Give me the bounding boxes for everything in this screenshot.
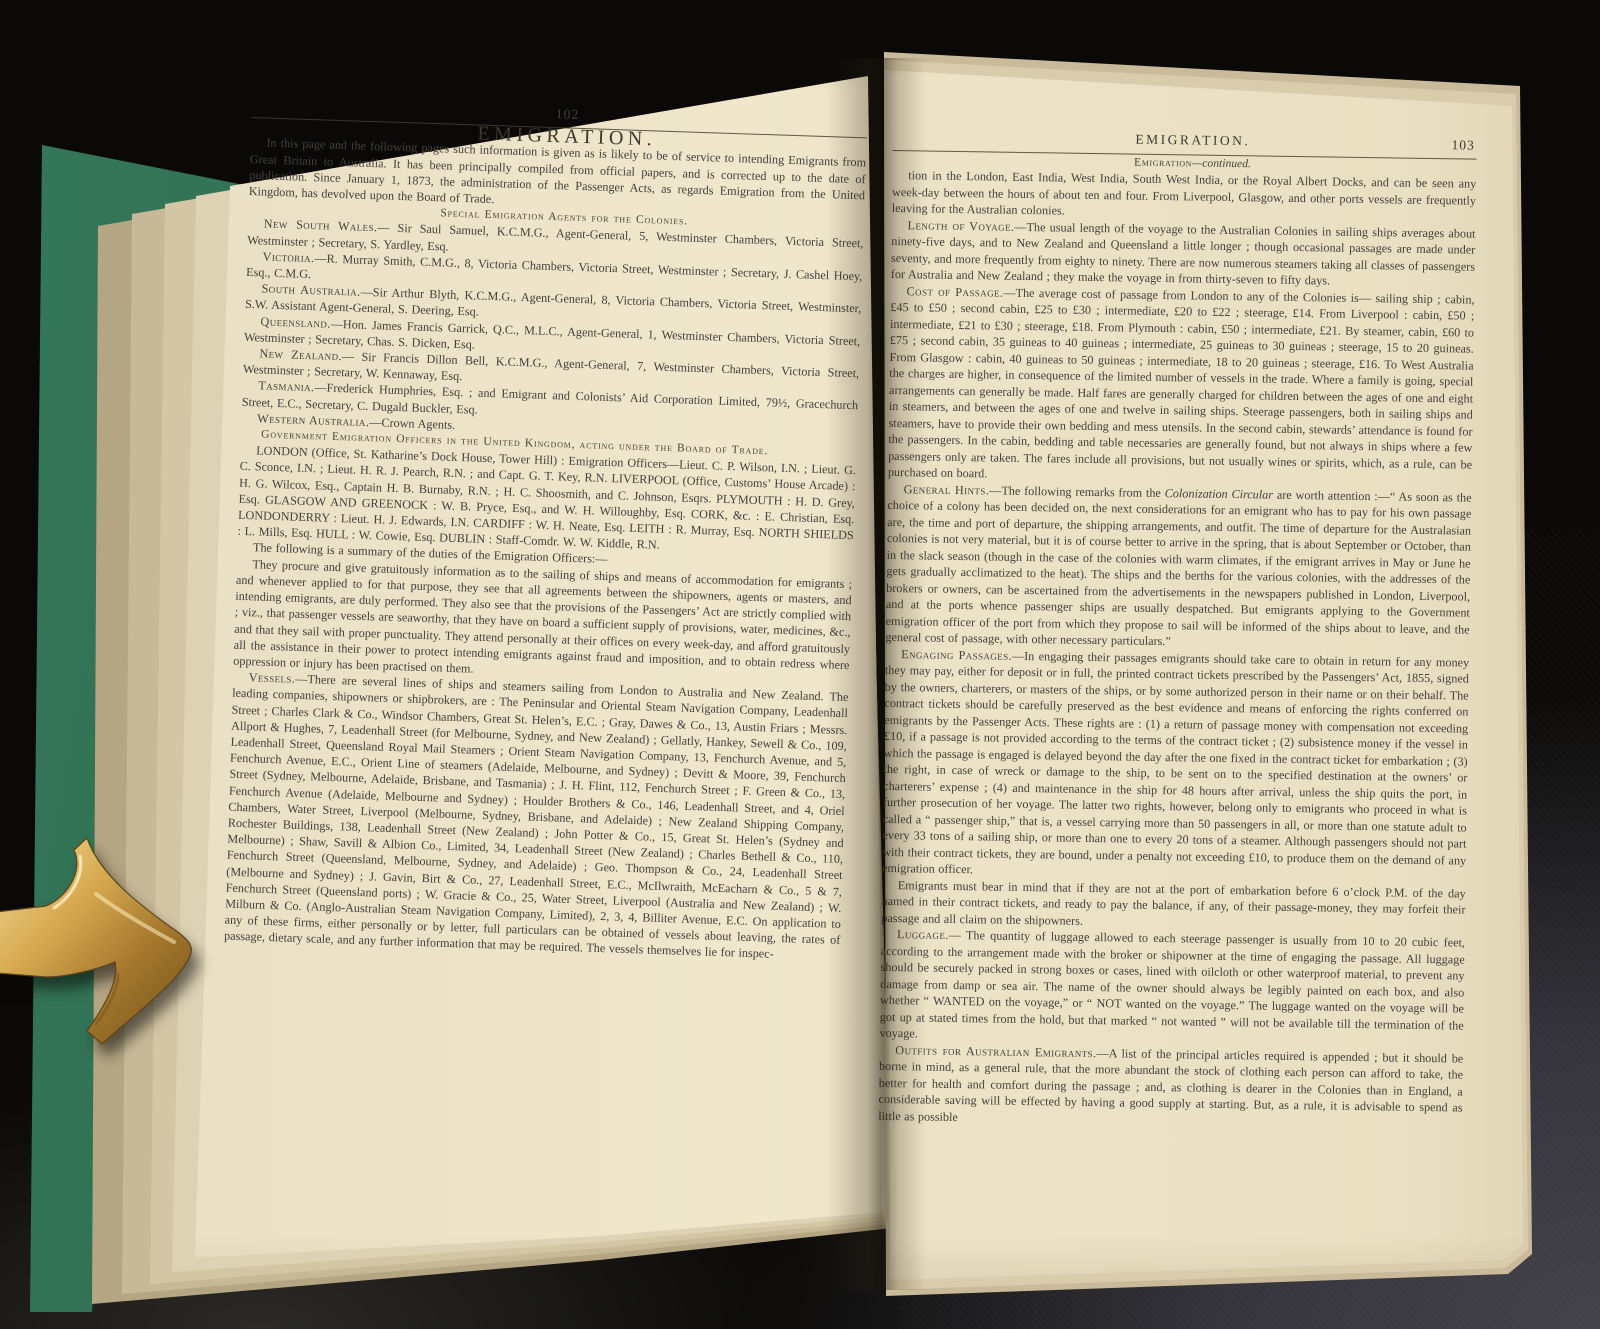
body-paragraph: General Hints.—The following remarks fro…: [885, 480, 1471, 654]
vessels-paragraph: Vessels.—There are several lines of ship…: [224, 669, 849, 965]
body-paragraph: Outfits for Australian Emigrants.—A list…: [878, 1041, 1463, 1132]
left-page-text: 102 EMIGRATION. In this page and the fol…: [224, 96, 868, 965]
body-paragraph: Cost of Passage.—The average cost of pas…: [888, 282, 1475, 489]
paragraph-lead: Outfits for Australian Emigrants.: [895, 1043, 1096, 1060]
paragraph-text: are worth attention :—“ As soon as the c…: [885, 487, 1471, 648]
duties-paragraph: They procure and give gratuitously infor…: [233, 555, 852, 689]
agent-colony-name: New Zealand.: [259, 346, 342, 363]
paragraph-lead: Length of Voyage.: [907, 218, 1014, 234]
body-paragraph: tion in the London, East India, West Ind…: [892, 167, 1477, 225]
paragraph-text: —In engaging their passages emigrants sh…: [882, 648, 1469, 876]
continued-word: —continued.: [1192, 156, 1251, 170]
continued-title: Emigration: [1134, 155, 1192, 169]
paragraph-text: —The average cost of passage from London…: [888, 285, 1475, 480]
running-header-title: EMIGRATION.: [1135, 132, 1250, 149]
body-paragraph: Luggage.— The quantity of luggage allowe…: [879, 926, 1465, 1050]
italic-phrase: Colonization Circular: [1165, 486, 1274, 502]
paragraph-lead: General Hints.: [904, 482, 990, 497]
agent-colony-name: New South Wales.: [264, 217, 378, 235]
page-holder-clip-icon: [0, 824, 216, 1064]
body-paragraph: Engaging Passages.—In engaging their pas…: [882, 645, 1469, 885]
body-paragraph: Length of Voyage.—The usual length of th…: [891, 216, 1476, 291]
page-holder-clip: [0, 824, 216, 1069]
vessels-text: —There are several lines of ships and st…: [224, 672, 849, 961]
agent-colony-name: Tasmania.: [258, 379, 315, 395]
right-page-text: EMIGRATION.103 Emigration—continued. tio…: [878, 128, 1477, 1133]
body-paragraph: Emigrants must bear in mind that if they…: [881, 876, 1466, 934]
agent-colony-name: South Australia.: [261, 282, 360, 299]
paragraph-text: Emigrants must bear in mind that if they…: [881, 878, 1466, 928]
paragraph-lead: Engaging Passages.: [901, 647, 1012, 663]
vessels-lead: Vessels.: [248, 670, 295, 686]
paragraph-text: tion in the London, East India, West Ind…: [892, 168, 1477, 217]
book-photo: 102 EMIGRATION. In this page and the fol…: [0, 0, 1600, 1329]
agent-entry-text: —Crown Agents.: [369, 415, 455, 432]
page-number: 103: [1435, 137, 1474, 154]
paragraph-lead: Cost of Passage.: [906, 284, 1003, 299]
paragraph-text: — The quantity of luggage allowed to eac…: [879, 928, 1465, 1041]
agent-colony-name: Queensland.: [260, 314, 331, 330]
paragraph-text: —The following remarks from the: [989, 483, 1165, 500]
agent-colony-name: Victoria.: [262, 249, 314, 265]
paragraph-lead: Luggage.: [897, 927, 949, 942]
